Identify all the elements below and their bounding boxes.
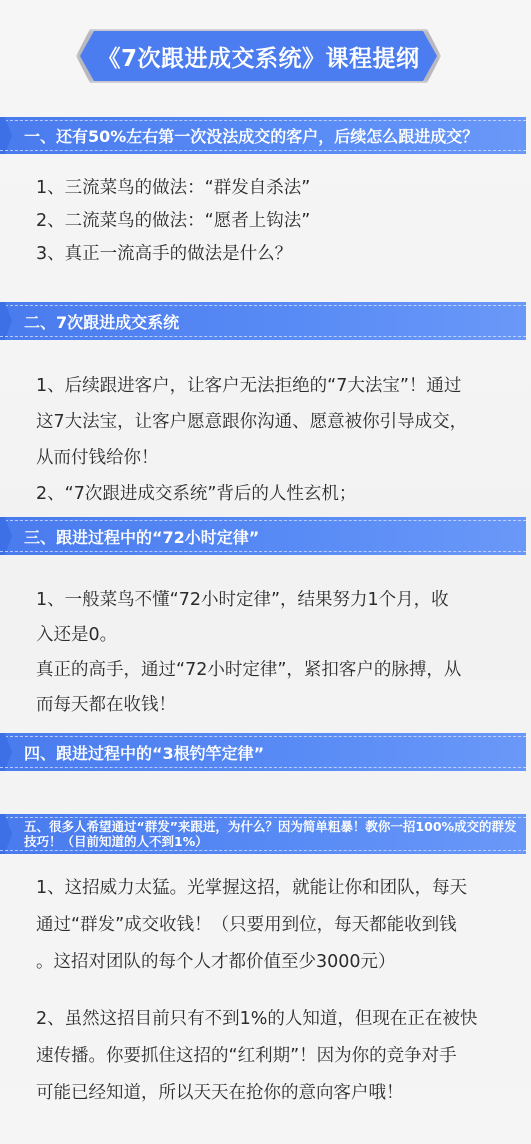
section-1-body: 1、三流菜鸟的做法：“群发自杀法” 2、二流菜鸟的做法：“愿者上钩法” 3、真正…	[36, 172, 506, 271]
section-2-banner: 二、7次跟进成交系统	[0, 302, 526, 340]
chevron-right-icon	[0, 814, 12, 854]
section-5-paragraph-1: 1、这招威力太猛。光掌握这招，就能让你和团队，每天 通过“群发”成交收钱！（只要…	[36, 870, 506, 981]
page-title: 《7次跟进成交系统》课程提纲	[97, 40, 419, 73]
section-3-body: 1、一般菜鸟不懂“72小时定律”，结果努力1个月，收 入还是0。 真正的高手，通…	[36, 583, 506, 723]
chevron-right-icon	[0, 117, 12, 154]
section-5-line: 速传播。你要抓住这招的“红利期”！因为你的竞争对手	[36, 1038, 506, 1075]
section-1-line: 1、三流菜鸟的做法：“群发自杀法”	[36, 172, 506, 205]
section-5-line: 1、这招威力太猛。光掌握这招，就能让你和团队，每天	[36, 870, 506, 907]
section-2-line: 1、后续跟进客户，让客户无法拒绝的“7大法宝”！通过	[36, 368, 506, 404]
section-2-line: 2、“7次跟进成交系统”背后的人性玄机；	[36, 476, 506, 512]
section-1-line: 2、二流菜鸟的做法：“愿者上钩法”	[36, 205, 506, 238]
chevron-right-icon	[0, 517, 12, 555]
section-3-banner: 三、跟进过程中的“72小时定律”	[0, 517, 526, 555]
section-2-heading: 二、7次跟进成交系统	[24, 310, 179, 333]
section-5-heading: 五、很多人希望通过“群发”来跟进，为什么？因为简单粗暴！教你一招100%成交的群…	[24, 819, 524, 849]
section-2-body: 1、后续跟进客户，让客户无法拒绝的“7大法宝”！通过 这7大法宝，让客户愿意跟你…	[36, 368, 506, 512]
section-3-heading: 三、跟进过程中的“72小时定律”	[24, 525, 259, 548]
section-5-line: 通过“群发”成交收钱！（只要用到位，每天都能收到钱	[36, 907, 506, 944]
section-5-line: 可能已经知道，所以天天在抢你的意向客户哦！	[36, 1075, 506, 1112]
section-4-banner: 四、跟进过程中的“3根钓竿定律”	[0, 733, 526, 771]
section-3-line: 而每天都在收钱！	[36, 688, 506, 723]
chevron-right-icon	[0, 733, 12, 771]
section-1-heading: 一、还有50%左右第一次没法成交的客户，后续怎么跟进成交？	[24, 124, 478, 147]
section-5-line: 。这招对团队的每个人才都价值至少3000元）	[36, 944, 506, 981]
section-2-line: 从而付钱给你！	[36, 440, 506, 476]
section-1-banner: 一、还有50%左右第一次没法成交的客户，后续怎么跟进成交？	[0, 117, 526, 154]
section-1-line: 3、真正一流高手的做法是什么？	[36, 238, 506, 271]
section-5-banner: 五、很多人希望通过“群发”来跟进，为什么？因为简单粗暴！教你一招100%成交的群…	[0, 814, 526, 854]
title-ribbon: 《7次跟进成交系统》课程提纲	[80, 31, 437, 81]
section-2-line: 这7大法宝，让客户愿意跟你沟通、愿意被你引导成交，	[36, 404, 506, 440]
section-5-paragraph-2: 2、虽然这招目前只有不到1%的人知道，但现在正在被快 速传播。你要抓住这招的“红…	[36, 1001, 506, 1112]
section-3-line: 入还是0。	[36, 618, 506, 653]
chevron-right-icon	[0, 302, 12, 340]
section-4-heading: 四、跟进过程中的“3根钓竿定律”	[24, 741, 264, 764]
section-3-line: 1、一般菜鸟不懂“72小时定律”，结果努力1个月，收	[36, 583, 506, 618]
section-5-line: 2、虽然这招目前只有不到1%的人知道，但现在正在被快	[36, 1001, 506, 1038]
section-3-line: 真正的高手，通过“72小时定律”，紧扣客户的脉搏，从	[36, 653, 506, 688]
course-outline-page: 《7次跟进成交系统》课程提纲 一、还有50%左右第一次没法成交的客户，后续怎么跟…	[0, 0, 531, 1144]
